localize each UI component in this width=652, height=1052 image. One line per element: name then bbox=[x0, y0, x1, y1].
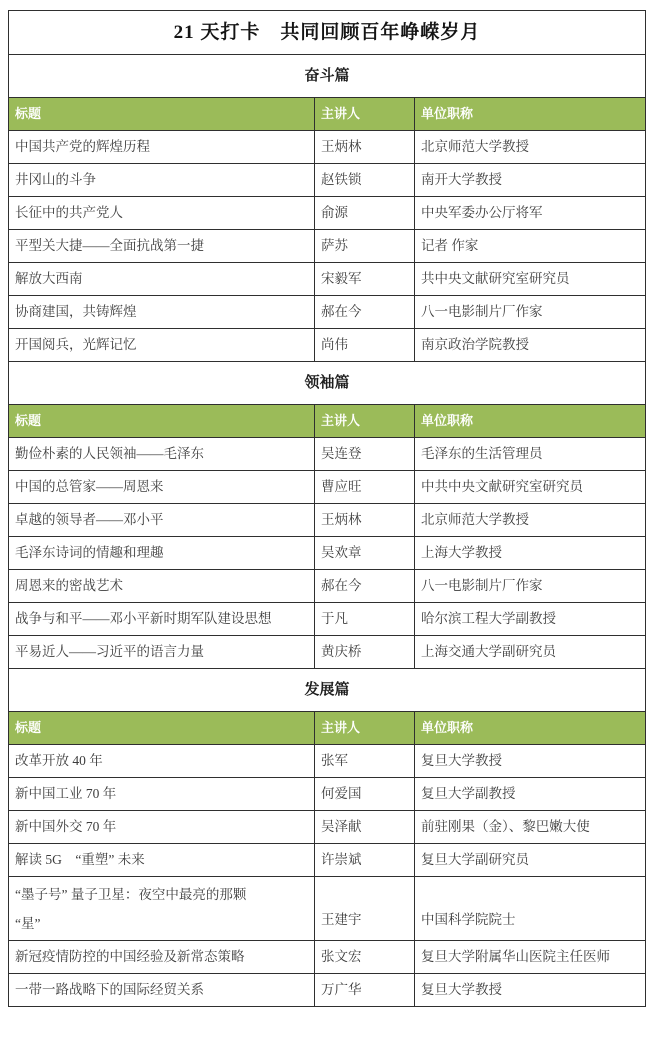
section-title: 领袖篇 bbox=[9, 362, 646, 405]
speaker-cell: 郝在今 bbox=[315, 296, 415, 329]
affiliation-cell: 八一电影制片厂作家 bbox=[415, 296, 646, 329]
title-cell: 新中国工业 70 年 bbox=[9, 778, 315, 811]
table-row: 战争与和平——邓小平新时期军队建设思想 于凡 哈尔滨工程大学副教授 bbox=[9, 603, 646, 636]
title-cell: 勤俭朴素的人民领袖——毛泽东 bbox=[9, 438, 315, 471]
affiliation-cell: 复旦大学副研究员 bbox=[415, 844, 646, 877]
affiliation-cell: 记者 作家 bbox=[415, 230, 646, 263]
column-header-affiliation: 单位职称 bbox=[415, 712, 646, 745]
title-cell: 毛泽东诗词的情趣和理趣 bbox=[9, 537, 315, 570]
lecture-schedule-table: 21 天打卡 共同回顾百年峥嵘岁月 奋斗篇 标题 主讲人 单位职称 中国共产党的… bbox=[8, 10, 646, 1007]
speaker-cell: 曹应旺 bbox=[315, 471, 415, 504]
table-row: 中国的总管家——周恩来 曹应旺 中共中央文献研究室研究员 bbox=[9, 471, 646, 504]
affiliation-cell: 复旦大学教授 bbox=[415, 974, 646, 1007]
title-cell: 卓越的领导者——邓小平 bbox=[9, 504, 315, 537]
speaker-cell: 于凡 bbox=[315, 603, 415, 636]
title-cell: 新中国外交 70 年 bbox=[9, 811, 315, 844]
title-cell: 中国共产党的辉煌历程 bbox=[9, 131, 315, 164]
table-row: 平易近人——习近平的语言力量 黄庆桥 上海交通大学副研究员 bbox=[9, 636, 646, 669]
title-cell: 协商建国，共铸辉煌 bbox=[9, 296, 315, 329]
affiliation-cell: 中国科学院院士 bbox=[415, 877, 646, 941]
title-cell: 长征中的共产党人 bbox=[9, 197, 315, 230]
speaker-cell: 宋毅军 bbox=[315, 263, 415, 296]
column-header-affiliation: 单位职称 bbox=[415, 98, 646, 131]
affiliation-cell: 复旦大学副教授 bbox=[415, 778, 646, 811]
title-cell: “墨子号” 量子卫星：夜空中最亮的那颗 “星” bbox=[9, 877, 315, 941]
column-header-title: 标题 bbox=[9, 405, 315, 438]
affiliation-cell: 共中央文献研究室研究员 bbox=[415, 263, 646, 296]
affiliation-cell: 哈尔滨工程大学副教授 bbox=[415, 603, 646, 636]
affiliation-cell: 北京师范大学教授 bbox=[415, 131, 646, 164]
table-row: 新中国工业 70 年 何爱国 复旦大学副教授 bbox=[9, 778, 646, 811]
speaker-cell: 赵铁锁 bbox=[315, 164, 415, 197]
affiliation-cell: 南京政治学院教授 bbox=[415, 329, 646, 362]
section-row-struggle: 奋斗篇 bbox=[9, 55, 646, 98]
table-row: 勤俭朴素的人民领袖——毛泽东 吴连登 毛泽东的生活管理员 bbox=[9, 438, 646, 471]
speaker-cell: 俞源 bbox=[315, 197, 415, 230]
column-header-affiliation: 单位职称 bbox=[415, 405, 646, 438]
table-row: 平型关大捷——全面抗战第一捷 萨苏 记者 作家 bbox=[9, 230, 646, 263]
affiliation-cell: 复旦大学附属华山医院主任医师 bbox=[415, 941, 646, 974]
speaker-cell: 王炳林 bbox=[315, 131, 415, 164]
title-cell: 开国阅兵，光辉记忆 bbox=[9, 329, 315, 362]
title-cell: 平易近人——习近平的语言力量 bbox=[9, 636, 315, 669]
speaker-cell: 黄庆桥 bbox=[315, 636, 415, 669]
speaker-cell: 郝在今 bbox=[315, 570, 415, 603]
title-cell: 战争与和平——邓小平新时期军队建设思想 bbox=[9, 603, 315, 636]
affiliation-cell: 八一电影制片厂作家 bbox=[415, 570, 646, 603]
table-row: 中国共产党的辉煌历程 王炳林 北京师范大学教授 bbox=[9, 131, 646, 164]
speaker-cell: 吴欢章 bbox=[315, 537, 415, 570]
affiliation-cell: 前驻刚果（金）、黎巴嫩大使 bbox=[415, 811, 646, 844]
column-header-row: 标题 主讲人 单位职称 bbox=[9, 405, 646, 438]
column-header-title: 标题 bbox=[9, 712, 315, 745]
speaker-cell: 张文宏 bbox=[315, 941, 415, 974]
table-row: 井冈山的斗争 赵铁锁 南开大学教授 bbox=[9, 164, 646, 197]
speaker-cell: 萨苏 bbox=[315, 230, 415, 263]
speaker-cell: 张军 bbox=[315, 745, 415, 778]
speaker-cell: 王炳林 bbox=[315, 504, 415, 537]
affiliation-cell: 复旦大学教授 bbox=[415, 745, 646, 778]
section-row-leaders: 领袖篇 bbox=[9, 362, 646, 405]
affiliation-cell: 中央军委办公厅将军 bbox=[415, 197, 646, 230]
column-header-speaker: 主讲人 bbox=[315, 98, 415, 131]
column-header-row: 标题 主讲人 单位职称 bbox=[9, 98, 646, 131]
speaker-cell: 吴连登 bbox=[315, 438, 415, 471]
table-row: 周恩来的密战艺术 郝在今 八一电影制片厂作家 bbox=[9, 570, 646, 603]
speaker-cell: 吴泽献 bbox=[315, 811, 415, 844]
table-row: 一带一路战略下的国际经贸关系 万广华 复旦大学教授 bbox=[9, 974, 646, 1007]
title-cell: 平型关大捷——全面抗战第一捷 bbox=[9, 230, 315, 263]
speaker-cell: 何爱国 bbox=[315, 778, 415, 811]
speaker-cell: 王建宇 bbox=[315, 877, 415, 941]
affiliation-cell: 上海大学教授 bbox=[415, 537, 646, 570]
speaker-cell: 尚伟 bbox=[315, 329, 415, 362]
speaker-cell: 万广华 bbox=[315, 974, 415, 1007]
title-cell: 解放大西南 bbox=[9, 263, 315, 296]
affiliation-cell: 毛泽东的生活管理员 bbox=[415, 438, 646, 471]
column-header-speaker: 主讲人 bbox=[315, 405, 415, 438]
title-cell: 一带一路战略下的国际经贸关系 bbox=[9, 974, 315, 1007]
affiliation-cell: 上海交通大学副研究员 bbox=[415, 636, 646, 669]
table-row: 改革开放 40 年 张军 复旦大学教授 bbox=[9, 745, 646, 778]
table-row: 卓越的领导者——邓小平 王炳林 北京师范大学教授 bbox=[9, 504, 646, 537]
affiliation-cell: 南开大学教授 bbox=[415, 164, 646, 197]
section-row-development: 发展篇 bbox=[9, 669, 646, 712]
title-cell: 新冠疫情防控的中国经验及新常态策略 bbox=[9, 941, 315, 974]
document-page: 21 天打卡 共同回顾百年峥嵘岁月 奋斗篇 标题 主讲人 单位职称 中国共产党的… bbox=[0, 10, 652, 1052]
table-row: 长征中的共产党人 俞源 中央军委办公厅将军 bbox=[9, 197, 646, 230]
table-row: 协商建国，共铸辉煌 郝在今 八一电影制片厂作家 bbox=[9, 296, 646, 329]
section-title: 发展篇 bbox=[9, 669, 646, 712]
title-cell: 解读 5G “重塑” 未来 bbox=[9, 844, 315, 877]
section-title: 奋斗篇 bbox=[9, 55, 646, 98]
table-row: 新中国外交 70 年 吴泽献 前驻刚果（金）、黎巴嫩大使 bbox=[9, 811, 646, 844]
title-cell: 周恩来的密战艺术 bbox=[9, 570, 315, 603]
title-cell: 中国的总管家——周恩来 bbox=[9, 471, 315, 504]
title-cell: 井冈山的斗争 bbox=[9, 164, 315, 197]
speaker-cell: 许崇斌 bbox=[315, 844, 415, 877]
column-header-row: 标题 主讲人 单位职称 bbox=[9, 712, 646, 745]
table-row-mozi-satellite: “墨子号” 量子卫星：夜空中最亮的那颗 “星” 王建宇 中国科学院院士 bbox=[9, 877, 646, 941]
page-title: 21 天打卡 共同回顾百年峥嵘岁月 bbox=[9, 11, 646, 55]
table-row: 开国阅兵，光辉记忆 尚伟 南京政治学院教授 bbox=[9, 329, 646, 362]
title-cell: 改革开放 40 年 bbox=[9, 745, 315, 778]
table-row: 解读 5G “重塑” 未来 许崇斌 复旦大学副研究员 bbox=[9, 844, 646, 877]
affiliation-cell: 北京师范大学教授 bbox=[415, 504, 646, 537]
column-header-title: 标题 bbox=[9, 98, 315, 131]
column-header-speaker: 主讲人 bbox=[315, 712, 415, 745]
table-row: 毛泽东诗词的情趣和理趣 吴欢章 上海大学教授 bbox=[9, 537, 646, 570]
table-row: 解放大西南 宋毅军 共中央文献研究室研究员 bbox=[9, 263, 646, 296]
table-title-row: 21 天打卡 共同回顾百年峥嵘岁月 bbox=[9, 11, 646, 55]
affiliation-cell: 中共中央文献研究室研究员 bbox=[415, 471, 646, 504]
table-row: 新冠疫情防控的中国经验及新常态策略 张文宏 复旦大学附属华山医院主任医师 bbox=[9, 941, 646, 974]
